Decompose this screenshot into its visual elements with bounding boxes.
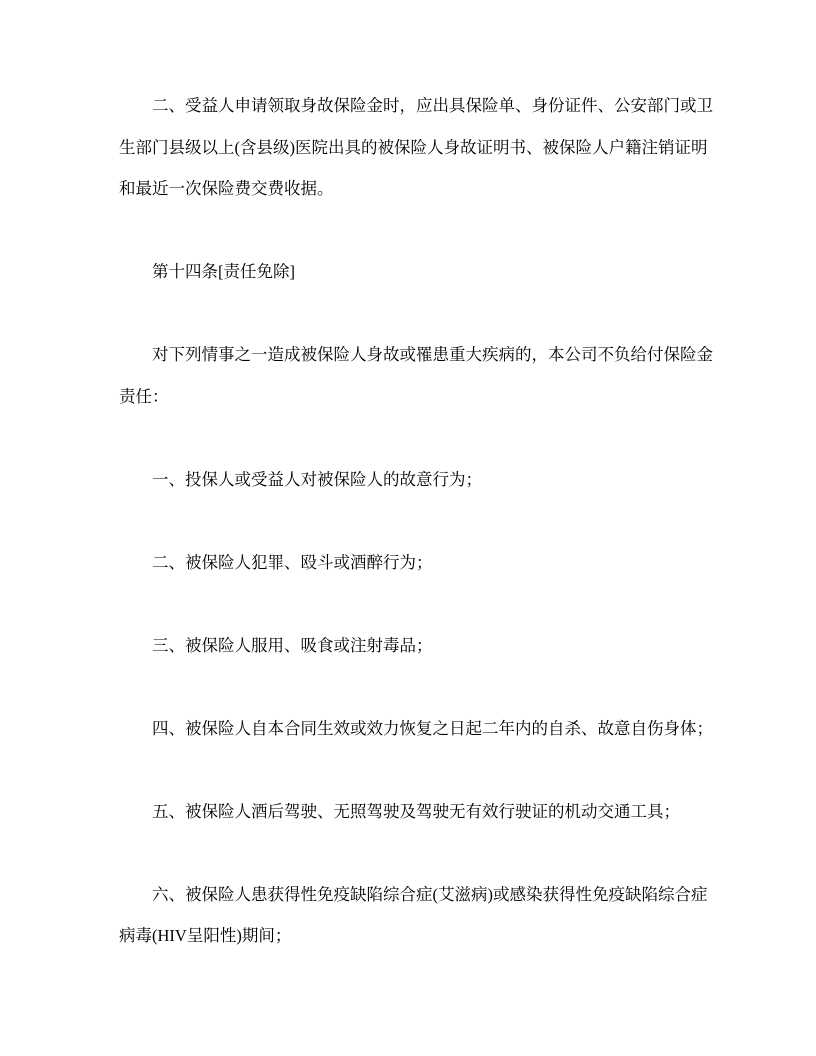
list-item-exclusion-6: 六、被保险人患获得性免疫缺陷综合症(艾滋病)或感染获得性免疫缺陷综合症病毒(HI… [119,874,715,957]
heading-article-14-liability-exemption: 第十四条[责任免除] [119,251,715,293]
paragraph-exclusions-intro: 对下列情事之一造成被保险人身故或罹患重大疾病的，本公司不负给付保险金责任： [119,334,715,417]
list-item-exclusion-2: 二、被保险人犯罪、殴斗或酒醉行为； [119,542,715,584]
list-item-exclusion-1: 一、投保人或受益人对被保险人的故意行为； [119,459,715,501]
paragraph-beneficiary-claim-procedure: 二、受益人申请领取身故保险金时，应出具保险单、身份证件、公安部门或卫生部门县级以… [119,85,715,210]
document-body: 二、受益人申请领取身故保险金时，应出具保险单、身份证件、公安部门或卫生部门县级以… [119,85,715,957]
list-item-exclusion-5: 五、被保险人酒后驾驶、无照驾驶及驾驶无有效行驶证的机动交通工具； [119,791,715,833]
list-item-exclusion-3: 三、被保险人服用、吸食或注射毒品； [119,625,715,667]
document-page: 二、受益人申请领取身故保险金时，应出具保险单、身份证件、公安部门或卫生部门县级以… [0,0,816,1056]
list-item-exclusion-4: 四、被保险人自本合同生效或效力恢复之日起二年内的自杀、故意自伤身体； [119,708,715,750]
